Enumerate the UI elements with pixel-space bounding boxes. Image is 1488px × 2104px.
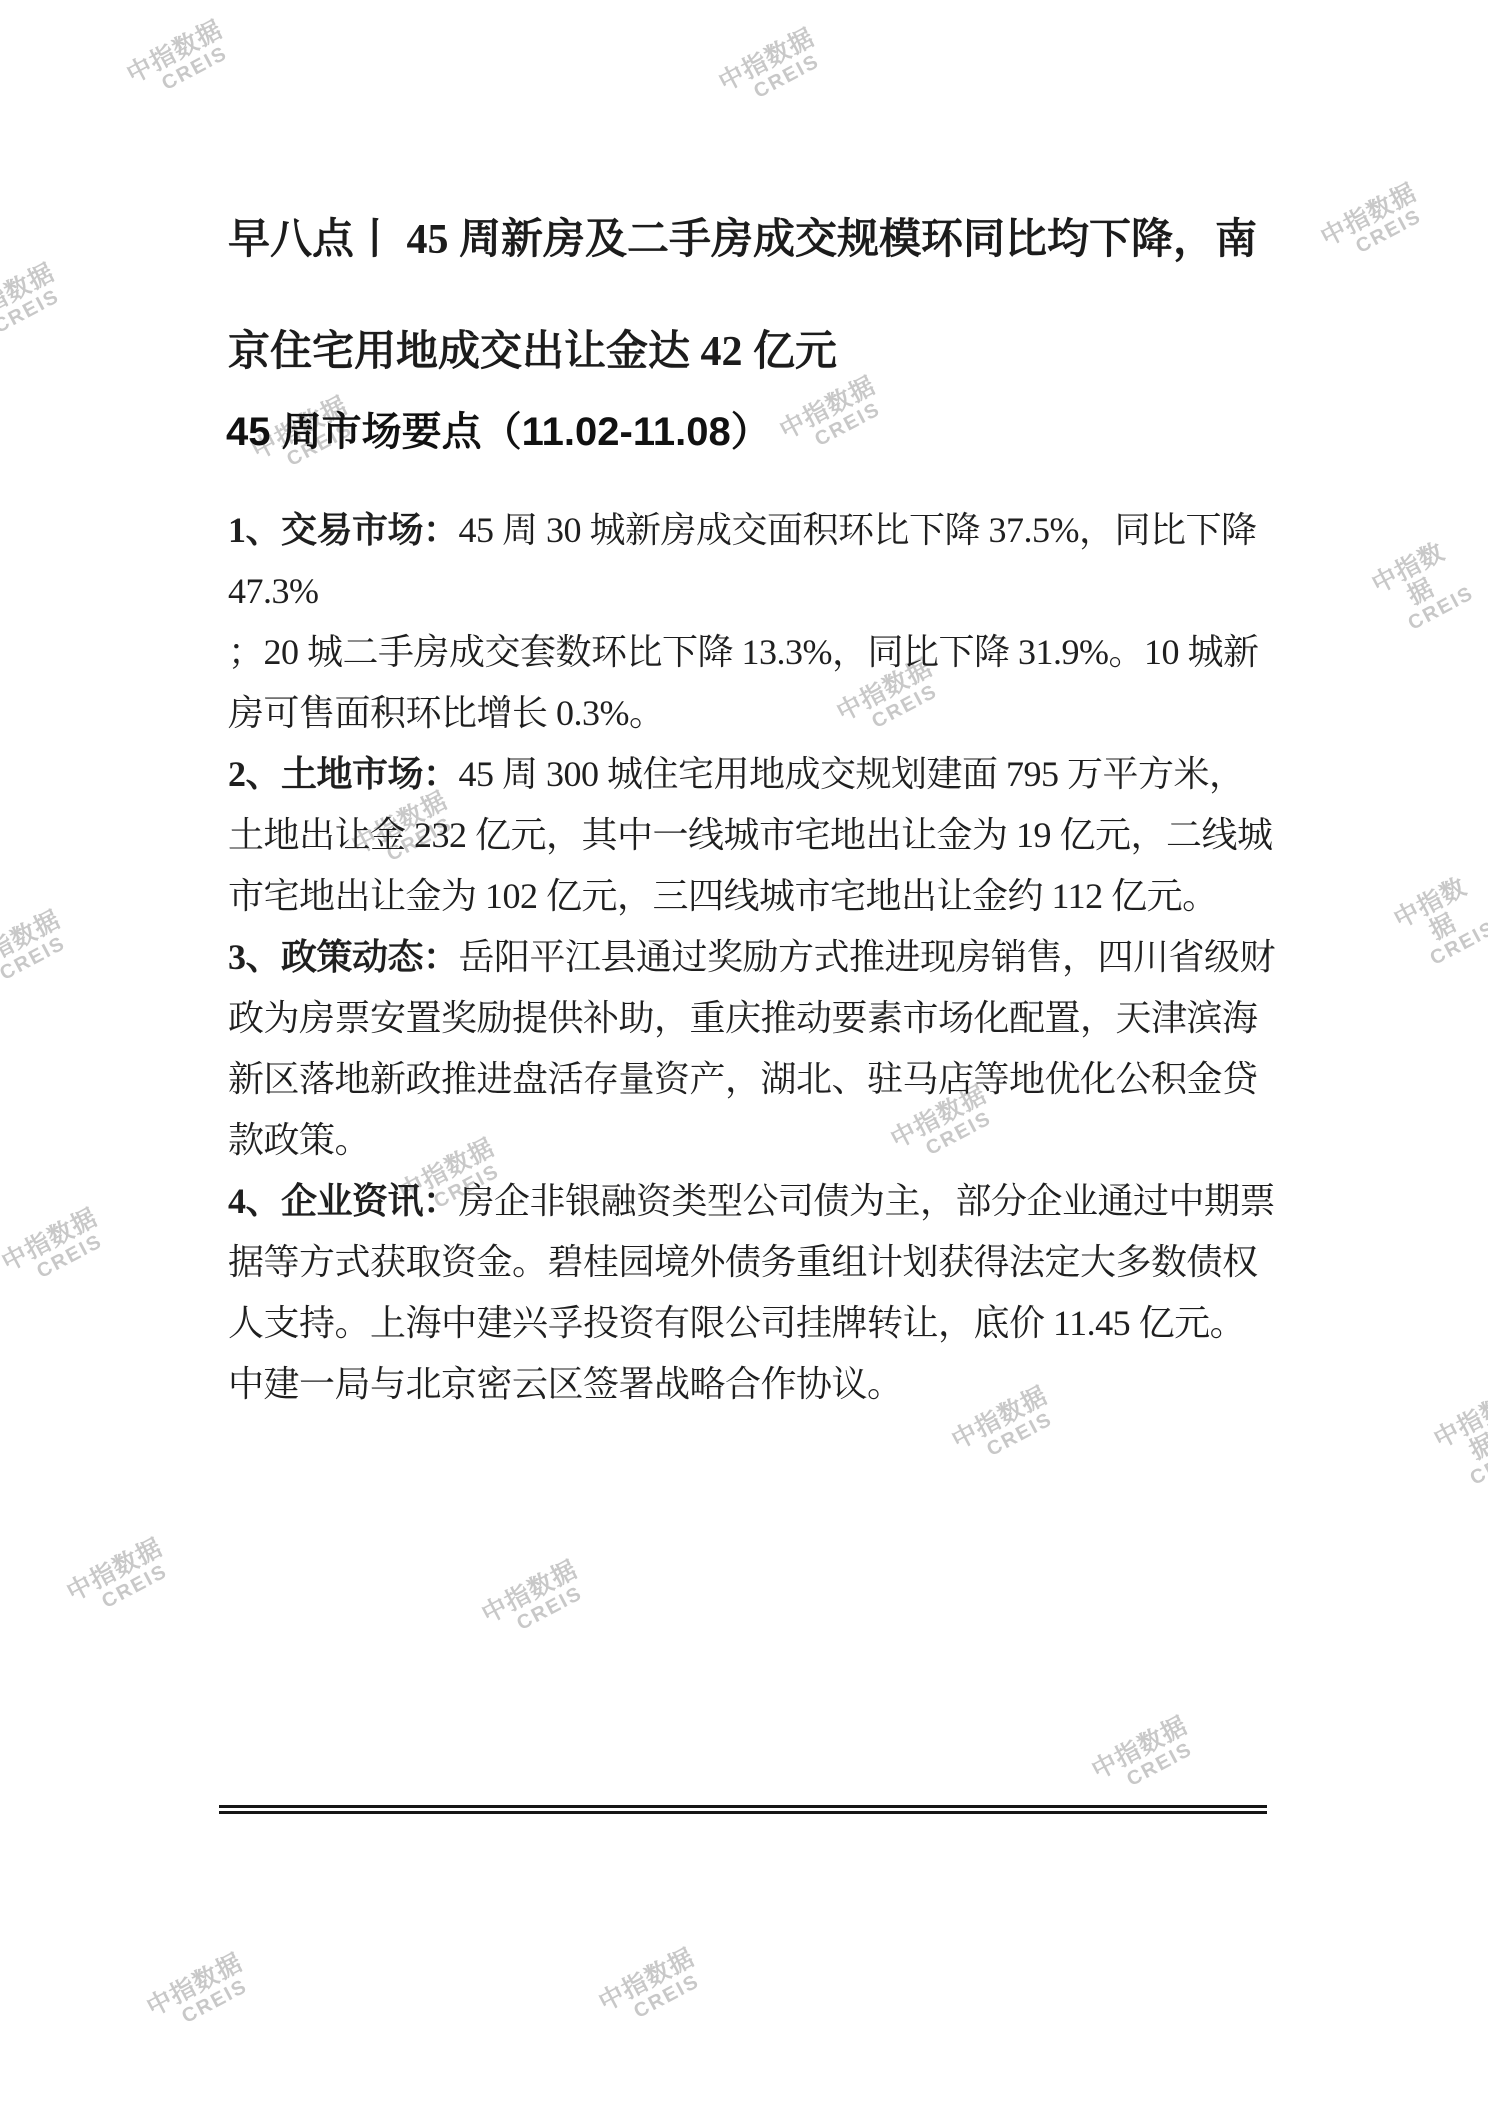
item-lead: 3、政策动态： [228,937,459,977]
body-line: 人支持。上海中建兴孚投资有限公司挂牌转让，底价 11.45 亿元。 [228,1293,1268,1354]
document-page: 中指数据CREIS中指数据CREIS中指数据CREIS中指数据CREIS中指数据… [0,0,1488,2104]
body-line: 2、土地市场：45 周 300 城住宅用地成交规划建面 795 万平方米， [228,744,1268,805]
body-line: 据等方式获取资金。碧桂园境外债务重组计划获得法定大多数债权 [228,1232,1268,1293]
body-text: 47.3% [228,571,319,611]
body-line: 1、交易市场：45 周 30 城新房成交面积环比下降 37.5%，同比下降 [228,500,1268,561]
body-line: 款政策。 [228,1110,1268,1171]
body-text: 45 周 300 城住宅用地成交规划建面 795 万平方米， [459,754,1245,794]
article-title: 早八点丨 45 周新房及二手房成交规模环同比均下降，南 京住宅用地成交出让金达 … [228,184,1288,408]
body-text: ；20 城二手房成交套数环比下降 13.3%，同比下降 31.9%。10 城新 [228,632,1258,672]
body-text: 新区落地新政推进盘活存量资产，湖北、驻马店等地优化公积金贷 [228,1059,1258,1099]
item-lead: 1、交易市场： [228,510,459,550]
body-line: 土地出让金 232 亿元，其中一线城市宅地出让金为 19 亿元，二线城 [228,805,1268,866]
body-text: 据等方式获取资金。碧桂园境外债务重组计划获得法定大多数债权 [228,1242,1258,1282]
body-line: 政为房票安置奖励提供补助，重庆推动要素市场化配置，天津滨海 [228,988,1268,1049]
body-text: 45 周 30 城新房成交面积环比下降 37.5%，同比下降 [459,510,1257,550]
item-lead: 2、土地市场： [228,754,459,794]
body-line: 4、企业资讯：房企非银融资类型公司债为主，部分企业通过中期票 [228,1171,1268,1232]
body-line: 3、政策动态：岳阳平江县通过奖励方式推进现房销售，四川省级财 [228,927,1268,988]
body-text: 房可售面积环比增长 0.3%。 [228,693,665,733]
body-text: 款政策。 [228,1120,370,1160]
body-text: 房企非银融资类型公司债为主，部分企业通过中期票 [459,1181,1276,1221]
body-text: 岳阳平江县通过奖励方式推进现房销售，四川省级财 [459,937,1276,977]
title-line-2: 京住宅用地成交出让金达 42 亿元 [228,296,1288,408]
body-text: 中建一局与北京密云区签署战略合作协议。 [228,1364,903,1404]
body-text: 政为房票安置奖励提供补助，重庆推动要素市场化配置，天津滨海 [228,998,1258,1038]
title-line-1: 早八点丨 45 周新房及二手房成交规模环同比均下降，南 [228,184,1288,296]
section-heading: 45 周市场要点（11.02-11.08） [226,404,1286,460]
body-line: 房可售面积环比增长 0.3%。 [228,683,1268,744]
body-line: ；20 城二手房成交套数环比下降 13.3%，同比下降 31.9%。10 城新 [228,622,1268,683]
body-text: 人支持。上海中建兴孚投资有限公司挂牌转让，底价 11.45 亿元。 [228,1303,1245,1343]
body-text: 市宅地出让金为 102 亿元，三四线城市宅地出让金约 112 亿元。 [228,876,1218,916]
body-line: 中建一局与北京密云区签署战略合作协议。 [228,1354,1268,1415]
body-line: 市宅地出让金为 102 亿元，三四线城市宅地出让金约 112 亿元。 [228,866,1268,927]
body-text: 土地出让金 232 亿元，其中一线城市宅地出让金为 19 亿元，二线城 [228,815,1273,855]
body-line: 47.3% [228,561,1268,622]
body-line: 新区落地新政推进盘活存量资产，湖北、驻马店等地优化公积金贷 [228,1049,1268,1110]
document-content: 早八点丨 45 周新房及二手房成交规模环同比均下降，南 京住宅用地成交出让金达 … [0,0,1488,2104]
divider-rule [219,1805,1267,1814]
summary-body: 1、交易市场：45 周 30 城新房成交面积环比下降 37.5%，同比下降 47… [228,500,1268,1415]
item-lead: 4、企业资讯： [228,1181,459,1221]
